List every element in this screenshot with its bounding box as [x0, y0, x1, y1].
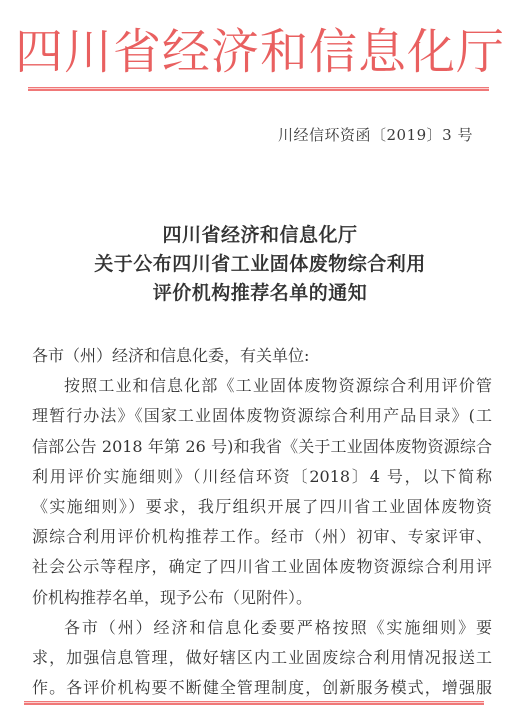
- title-line-2: 关于公布四川省工业固体废物综合利用: [0, 250, 520, 279]
- masthead-red-rule: [28, 87, 489, 91]
- paragraph-2-line: 求，加强信息管理，做好辖区内工业固废综合利用情况报送工: [32, 643, 492, 673]
- paragraph-1-line: 理暂行办法》《国家工业固体废物资源综合利用产品目录》(工: [32, 401, 492, 431]
- paragraph-1-line: 信部公告 2018 年第 26 号)和我省《关于工业固体废物资源综合: [32, 432, 492, 462]
- notice-body: 各市（州）经济和信息化委，有关单位: 按照工业和信息化部《工业固体废物资源综合利…: [32, 341, 492, 703]
- title-line-3: 评价机构推荐名单的通知: [0, 279, 520, 308]
- paragraph-2-line: 各市（州）经济和信息化委要严格按照《实施细则》要: [32, 613, 492, 643]
- footer-red-rule: [24, 701, 484, 705]
- notice-title: 四川省经济和信息化厅 关于公布四川省工业固体废物综合利用 评价机构推荐名单的通知: [0, 221, 520, 308]
- paragraph-1-line: 价机构推荐名单，现予公布（见附件）。: [32, 583, 492, 613]
- paragraph-1-line: 源综合利用评价机构推荐工作。经市（州）初审、专家评审、: [32, 522, 492, 552]
- paragraph-1-line: 按照工业和信息化部《工业固体废物资源综合利用评价管: [32, 371, 492, 401]
- paragraph-1-line: 利用评价实施细则》（川经信环资〔2018〕4 号，以下简称: [32, 462, 492, 492]
- title-line-1: 四川省经济和信息化厅: [0, 221, 520, 250]
- paragraph-1-line: 社会公示等程序，确定了四川省工业固体废物资源综合利用评: [32, 552, 492, 582]
- salutation: 各市（州）经济和信息化委，有关单位:: [32, 341, 492, 371]
- paragraph-2-line: 作。各评价机构要不断健全管理制度，创新服务模式，增强服: [32, 673, 492, 703]
- masthead-title: 四川省经济和信息化厅: [0, 24, 520, 80]
- paragraph-1-line: 《实施细则》）要求，我厅组织开展了四川省工业固体废物资: [32, 492, 492, 522]
- document-number: 川经信环资函〔2019〕3 号: [278, 124, 473, 145]
